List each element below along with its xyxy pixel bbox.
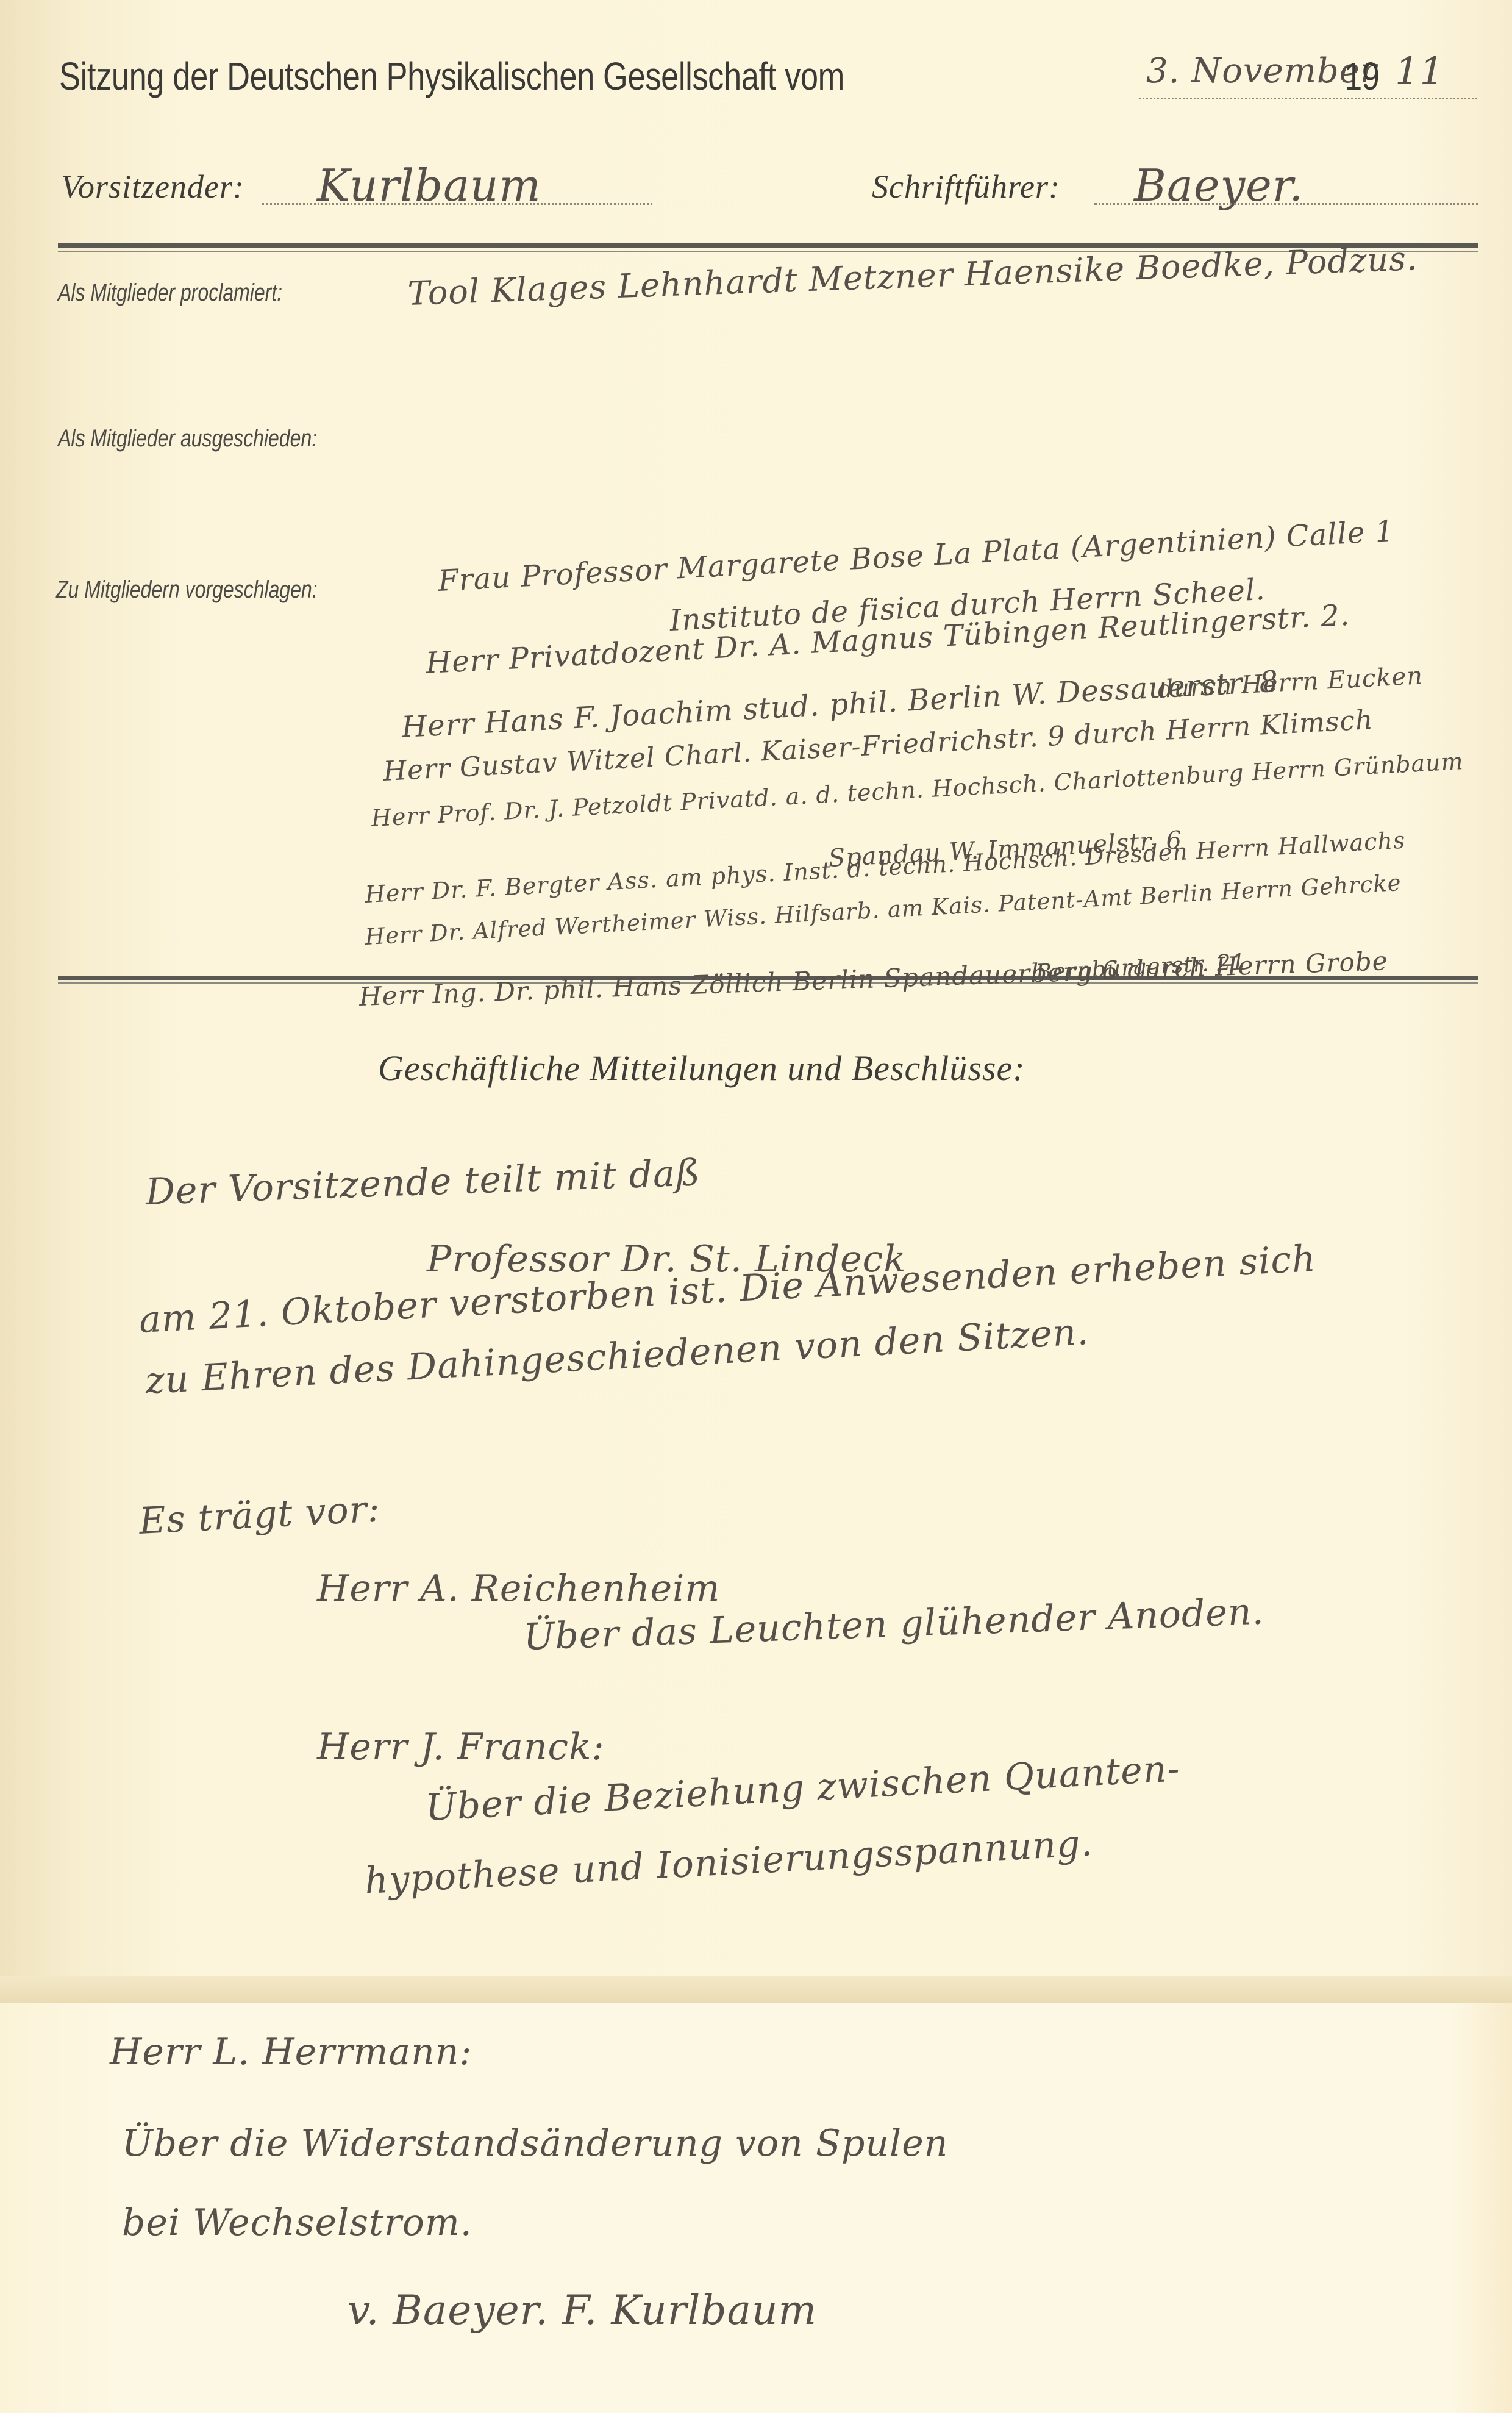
secretary-dotted-line (1094, 203, 1478, 205)
meeting-year-suffix: 11 (1395, 49, 1444, 93)
talk-title: Über die Widerstandsänderung von Spulen (122, 2122, 948, 2165)
talk-speaker: Herr J. Franck: (317, 1726, 605, 1768)
talk-speaker: Herr A. Reichenheim (317, 1567, 720, 1610)
meeting-title: Sitzung der Deutschen Physikalischen Ges… (59, 54, 844, 99)
chair-dotted-line (262, 203, 652, 205)
date-dotted-line (1139, 98, 1477, 99)
talk-title: bei Wechselstrom. (122, 2201, 472, 2244)
business-heading: Geschäftliche Mitteilungen und Beschlüss… (378, 1048, 1025, 1089)
signatures: v. Baeyer. F. Kurlbaum (348, 2287, 817, 2334)
secretary-label: Schriftführer: (872, 168, 1060, 206)
chair-label: Vorsitzender: (61, 168, 244, 206)
meeting-date: 3. November (1146, 51, 1377, 91)
proposed-label: Zu Mitgliedern vorgeschlagen: (56, 576, 318, 604)
talk-speaker: Herr L. Herrmann: (110, 2031, 472, 2073)
meeting-year-prefix: 19 (1344, 54, 1380, 99)
page-seam (0, 1976, 1512, 2003)
departed-label: Als Mitglieder ausgeschieden: (58, 425, 317, 452)
proclaimed-label: Als Mitglieder proclamiert: (58, 279, 282, 307)
